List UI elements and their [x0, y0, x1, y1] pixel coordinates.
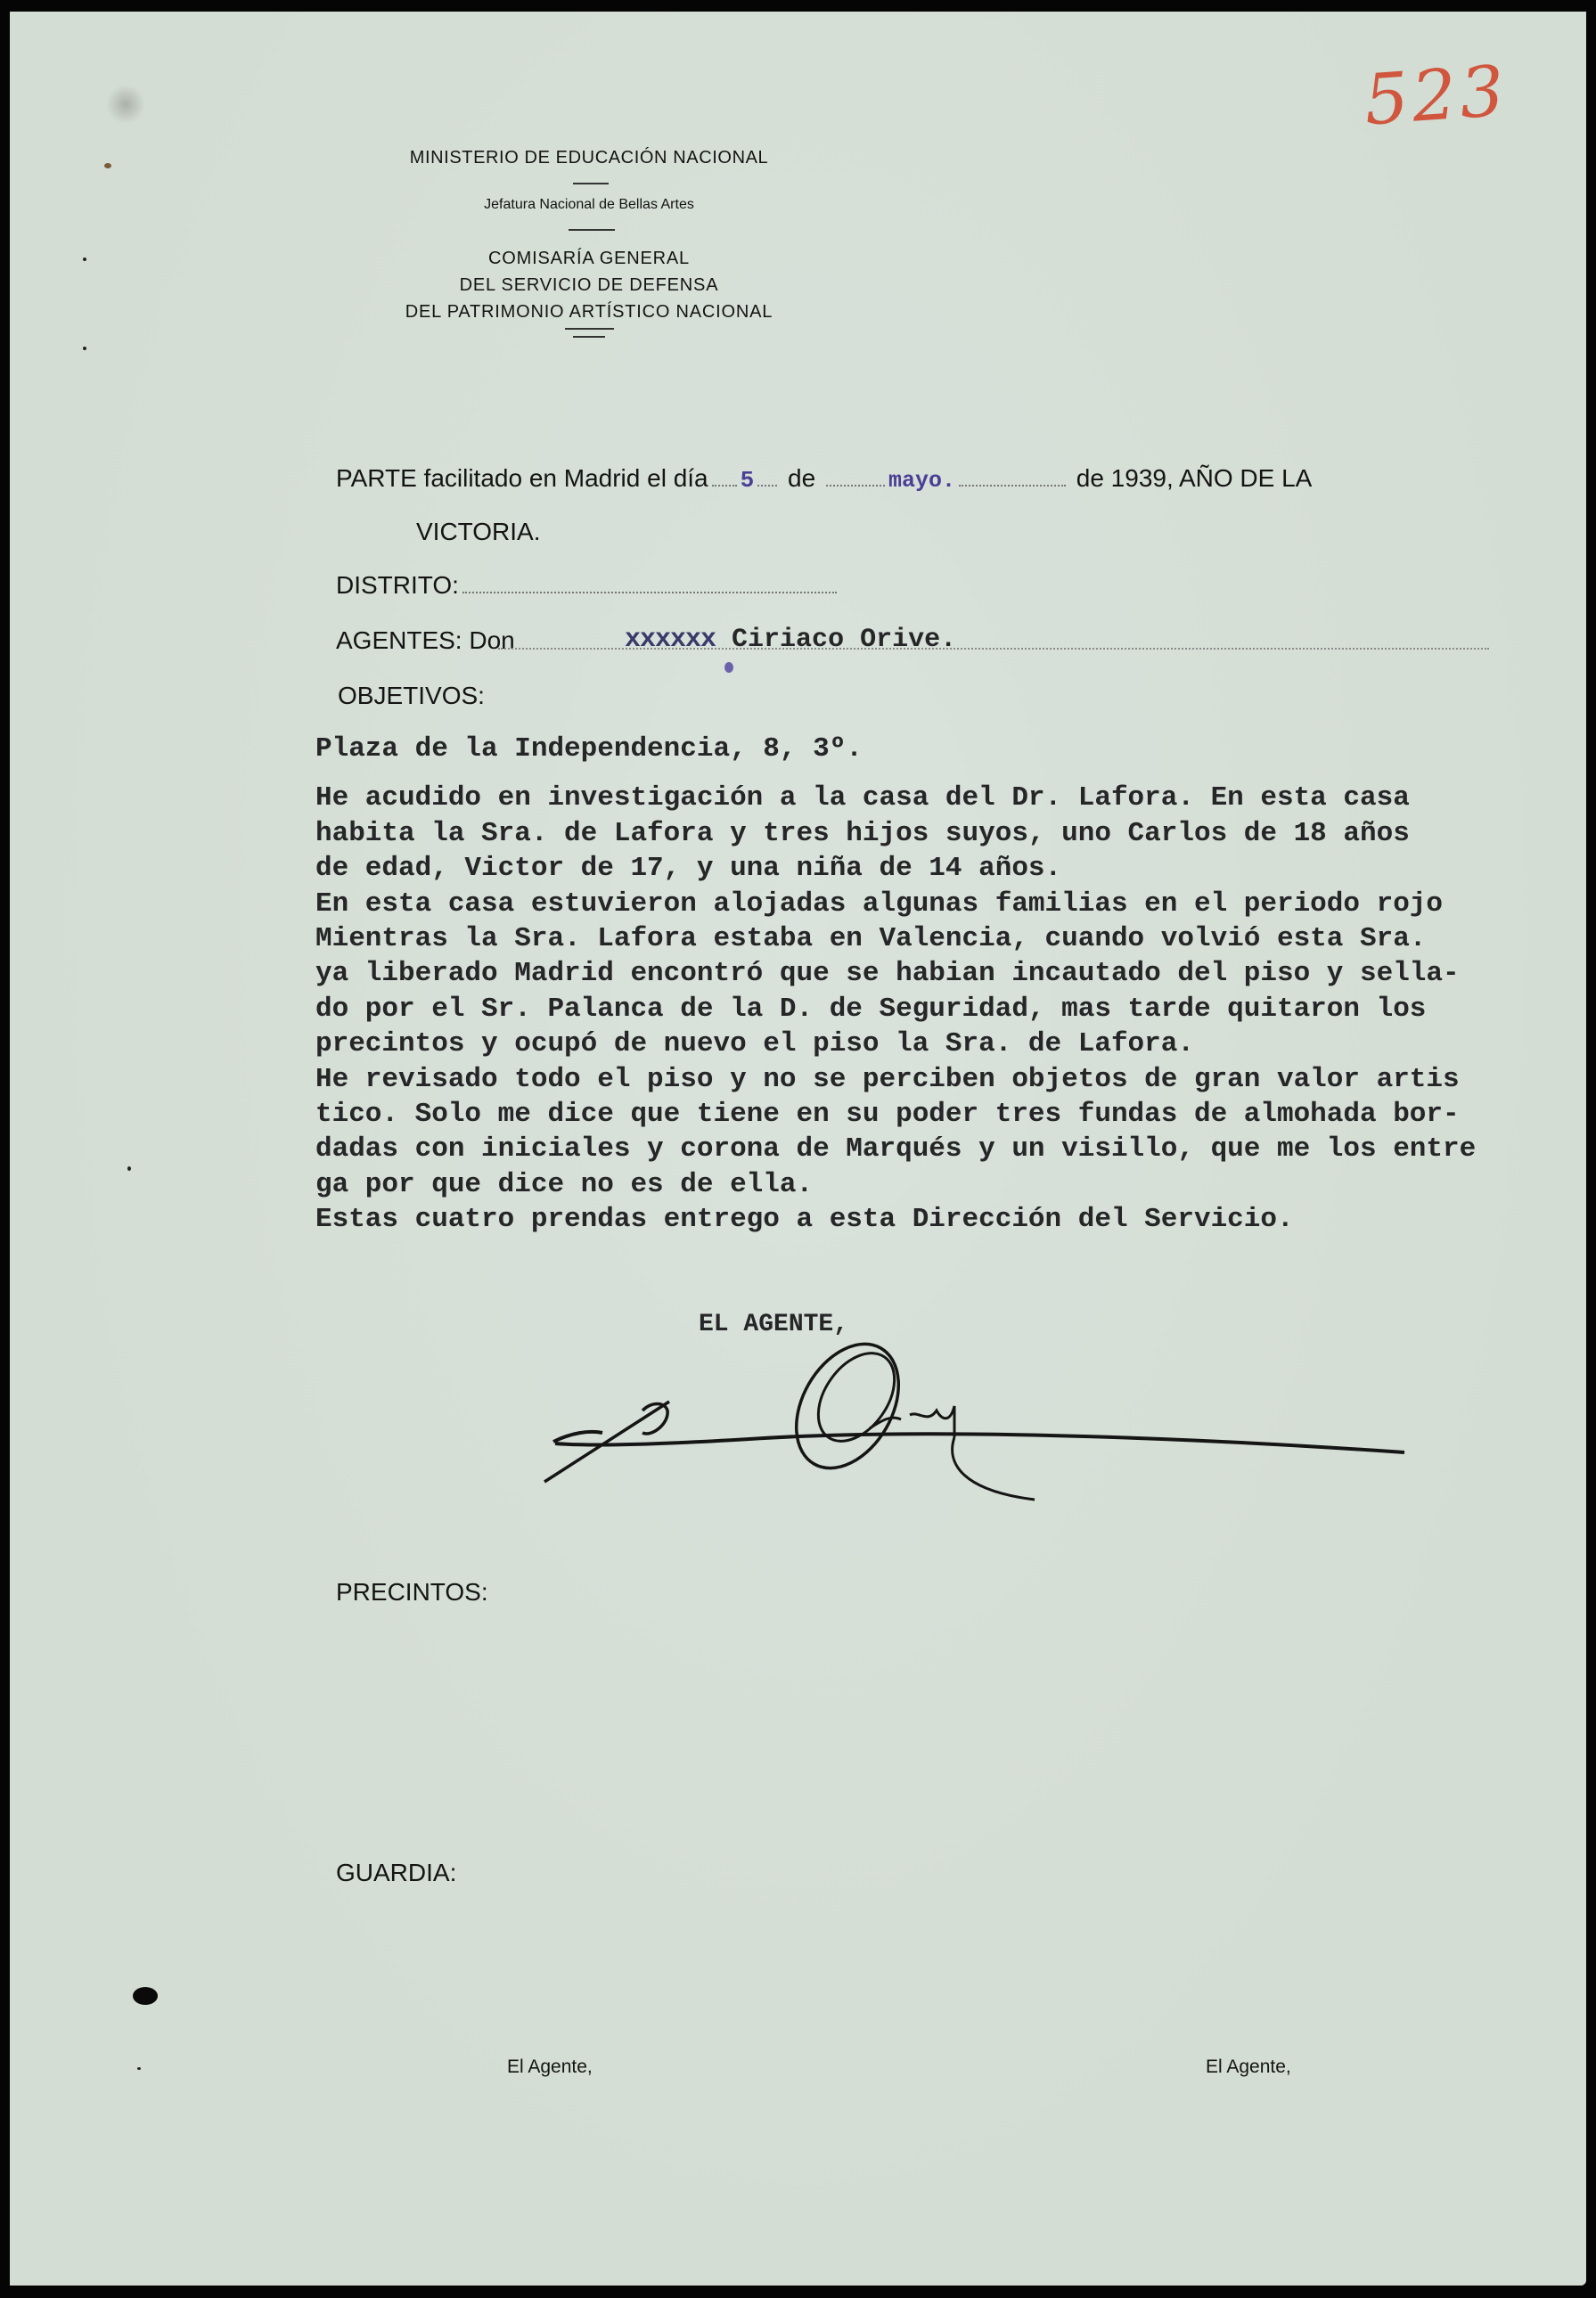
- report-line: ga por que dice no es de ella.: [315, 1167, 1476, 1202]
- struck-name: xxxxxx: [625, 625, 716, 655]
- paper-speck: [127, 1166, 131, 1171]
- report-address: Plaza de la Independencia, 8, 3º.: [315, 732, 1476, 766]
- report-line: habita la Sra. de Lafora y tres hijos su…: [315, 816, 1476, 851]
- agent-signature-right-label: El Agente,: [1206, 2057, 1291, 2078]
- date-day: 5: [741, 467, 755, 494]
- agent-signature-left-label: El Agente,: [507, 2057, 593, 2078]
- signoff-label: EL AGENTE,: [699, 1311, 848, 1338]
- report-line: precintos y ocupó de nuevo el piso la Sr…: [315, 1026, 1476, 1061]
- report-line: dadas con iniciales y corona de Marqués …: [315, 1132, 1476, 1166]
- letterhead-ministry: MINISTERIO DE EDUCACIÓN NACIONAL: [348, 148, 830, 168]
- guardia-label: GUARDIA:: [336, 1859, 456, 1887]
- year-suffix: de 1939, AÑO DE LA: [1076, 464, 1313, 492]
- letterhead-divider: [569, 229, 615, 231]
- commission-line-2: DEL SERVICIO DE DEFENSA: [348, 272, 830, 298]
- commission-line-1: COMISARÍA GENERAL: [348, 245, 830, 272]
- report-line: do por el Sr. Palanca de la D. de Seguri…: [315, 992, 1476, 1026]
- parte-prefix: PARTE facilitado en Madrid el día: [336, 464, 708, 492]
- agentes-label: AGENTES: Don: [336, 626, 515, 654]
- agent-name: Ciriaco Orive.: [732, 625, 956, 655]
- letterhead-divider: [565, 328, 614, 330]
- ink-dot: [724, 662, 733, 673]
- agentes-field: AGENTES: Don: [336, 626, 515, 655]
- precintos-label: PRECINTOS:: [336, 1578, 488, 1607]
- letterhead-divider: [573, 336, 605, 338]
- report-line: He revisado todo el piso y no se percibe…: [315, 1062, 1476, 1097]
- report-line: Estas cuatro prendas entrego a esta Dire…: [315, 1202, 1476, 1237]
- parte-line: PARTE facilitado en Madrid el día5 de ma…: [336, 464, 1312, 494]
- distrito-field: DISTRITO:: [336, 571, 840, 600]
- date-month: mayo.: [888, 468, 955, 494]
- letterhead-department: Jefatura Nacional de Bellas Artes: [348, 197, 830, 213]
- signature-mark: [536, 1339, 1427, 1517]
- report-line: He acudido en investigación a la casa de…: [315, 781, 1476, 815]
- objetivos-label: OBJETIVOS:: [338, 682, 485, 710]
- paper-speck: [137, 2067, 141, 2070]
- folio-number: 523: [1362, 51, 1510, 141]
- year-suffix-line2: VICTORIA.: [416, 518, 541, 546]
- report-line: En esta casa estuvieron alojadas algunas…: [315, 887, 1476, 921]
- report-line: ya liberado Madrid encontró que se habia…: [315, 956, 1476, 991]
- document-page: 523 MINISTERIO DE EDUCACIÓN NACIONAL Jef…: [10, 12, 1586, 2286]
- report-body: Plaza de la Independencia, 8, 3º. He acu…: [315, 732, 1476, 1238]
- paper-speck: [83, 347, 86, 350]
- paper-speck: [83, 258, 86, 261]
- report-line: Mientras la Sra. Lafora estaba en Valenc…: [315, 921, 1476, 956]
- agentes-value-line: xxxxxx Ciriaco Orive.: [625, 625, 956, 655]
- report-line: tico. Solo me dice que tiene en su poder…: [315, 1097, 1476, 1132]
- de-label: de: [788, 464, 815, 492]
- letterhead-divider: [573, 183, 609, 184]
- distrito-label: DISTRITO:: [336, 571, 459, 599]
- paper-speck: [104, 163, 111, 168]
- report-line: de edad, Victor de 17, y una niña de 14 …: [315, 851, 1476, 886]
- punch-hole: [133, 1987, 158, 2005]
- letterhead-commission: COMISARÍA GENERAL DEL SERVICIO DE DEFENS…: [348, 245, 830, 325]
- commission-line-3: DEL PATRIMONIO ARTÍSTICO NACIONAL: [348, 298, 830, 325]
